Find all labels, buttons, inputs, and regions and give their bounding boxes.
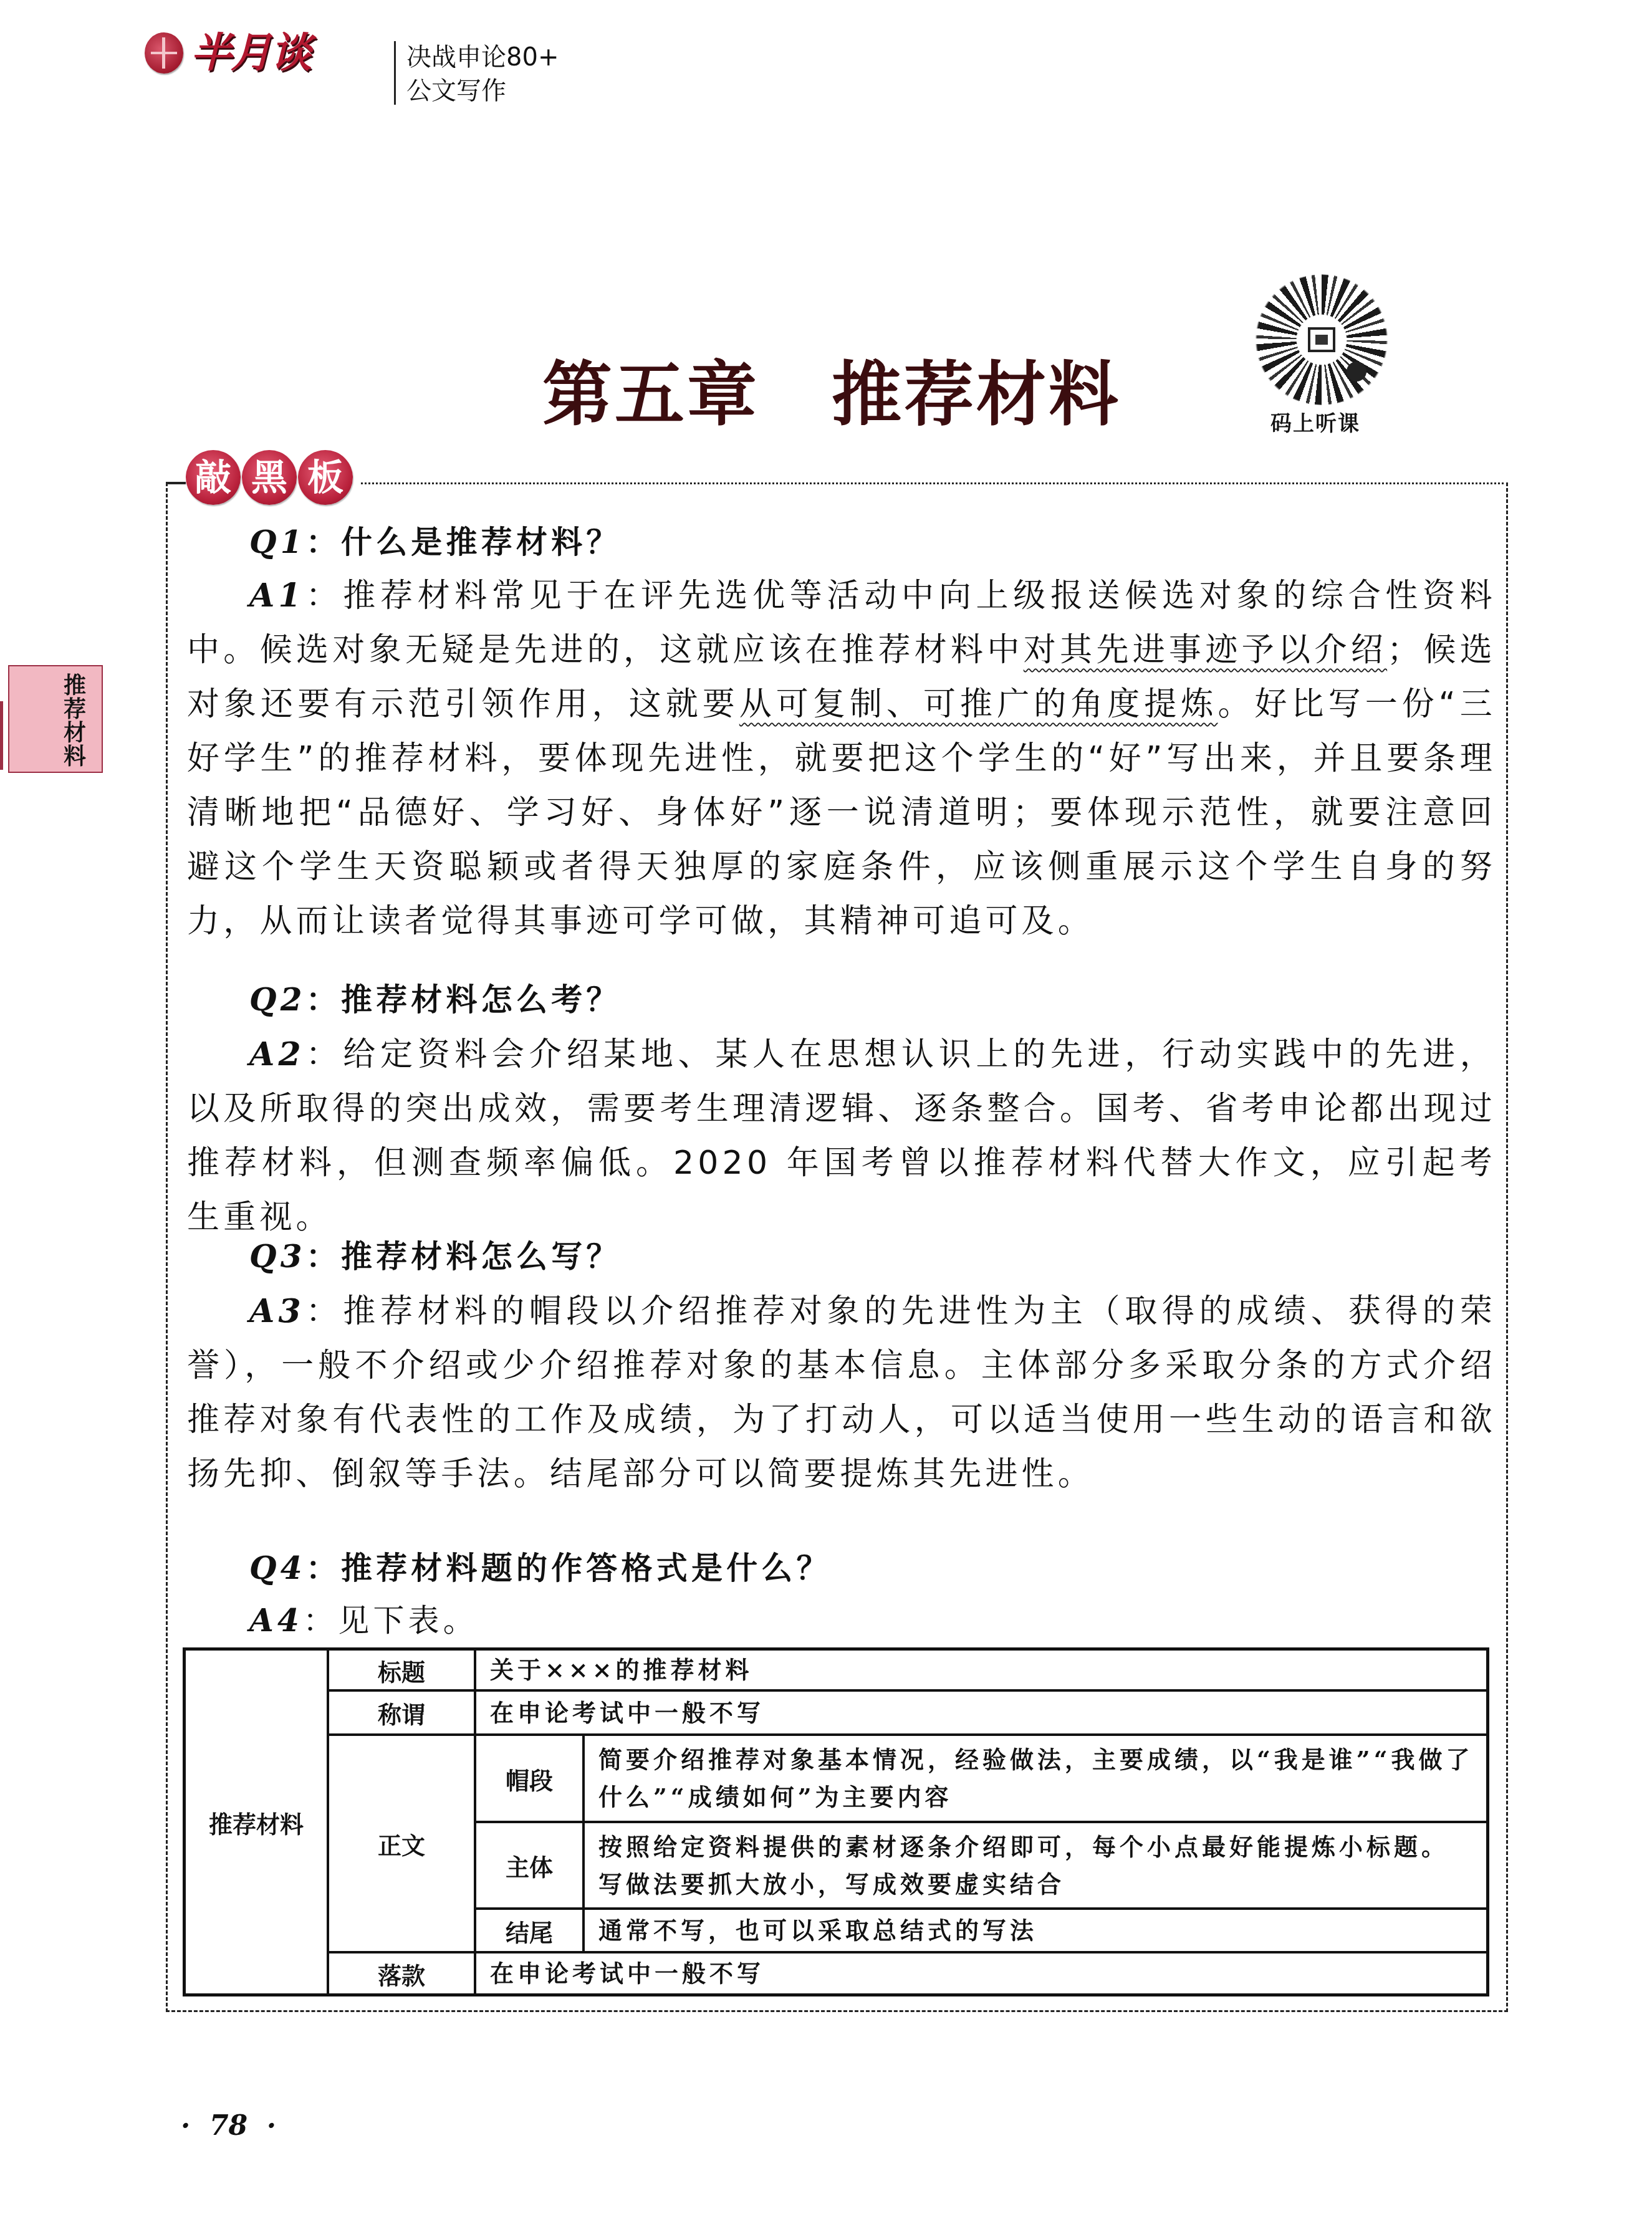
cell-text: 简要介绍推荐对象基本情况，经验做法，主要成绩，以“我是谁”“我做了什么”“成绩如… <box>598 1741 1474 1816</box>
box-corner-tick <box>166 482 186 484</box>
table-root-label: 推荐材料 <box>209 1805 304 1839</box>
answer-text: 推荐材料的帽段以介绍推荐对象的先进性为主（取得的成绩、获得的荣誉），一般不介绍或… <box>187 1293 1496 1493</box>
a-label: A3 <box>249 1292 305 1330</box>
question-1: Q1：什么是推荐材料？ <box>249 515 1558 570</box>
page-number: · 78 · <box>181 2110 276 2142</box>
side-tab-edge <box>0 701 3 770</box>
a-label: A4 <box>249 1602 303 1639</box>
brand-name: 半月谈 <box>191 32 310 74</box>
question-2: Q2：推荐材料怎么考？ <box>249 972 1558 1027</box>
chapter-title: 第五章 推荐材料 <box>542 357 1121 433</box>
header-divider <box>394 41 396 105</box>
answer-2: A2：给定资料会介绍某地、某人在思想认识上的先进，行动实践中的先进，以及所取得的… <box>187 1027 1496 1245</box>
q-sep: ： <box>306 1550 341 1586</box>
question-4: Q4：推荐材料题的作答格式是什么？ <box>249 1541 1558 1596</box>
table-row-signature-content: 在申论考试中一般不写 <box>476 1953 1486 1993</box>
emphasis-underline: 对其先进事迹予以介绍 <box>1024 631 1387 669</box>
question-text: 推荐材料题的作答格式是什么？ <box>341 1550 832 1586</box>
q-label: Q4 <box>249 1550 306 1586</box>
cell-text: 按照给定资料提供的素材逐条介绍即可，每个小点最好能提炼小标题。写做法要抓大放小，… <box>598 1828 1474 1903</box>
table-row-title-label: 标题 <box>329 1651 476 1692</box>
cell-text: 主体 <box>506 1848 553 1882</box>
badge-char: 板 <box>298 450 353 505</box>
qr-brand-badge-icon <box>1347 362 1366 381</box>
cell-text: 在申论考试中一般不写 <box>490 1694 764 1732</box>
section-badge: 敲 黑 板 <box>186 450 353 505</box>
table-row-body-label: 正文 <box>329 1736 476 1953</box>
cell-text: 落款 <box>378 1957 425 1991</box>
a-sep: ： <box>303 1603 338 1639</box>
side-chapter-tab-label: 推荐材料 <box>61 674 89 769</box>
table-row-salutation-label: 称谓 <box>329 1692 476 1736</box>
question-text: 推荐材料怎么考？ <box>341 982 622 1018</box>
answer-4: A4：见下表。 <box>249 1593 1558 1648</box>
table-subrow-main-label: 主体 <box>476 1823 585 1910</box>
a-sep: ： <box>305 577 343 615</box>
table-subrow-opening-content: 简要介绍推荐对象基本情况，经验做法，主要成绩，以“我是谁”“我做了什么”“成绩如… <box>585 1736 1486 1823</box>
table-subrow-ending-content: 通常不写，也可以采取总结式的写法 <box>585 1910 1486 1953</box>
format-table: 推荐材料 标题 关于×××的推荐材料 称谓 在申论考试中一般不写 正文 帽段 简… <box>183 1647 1489 1996</box>
cell-text: 正文 <box>378 1826 425 1861</box>
qr-caption: 码上听课 <box>1270 406 1360 437</box>
qr-center-logo-icon <box>1308 327 1335 352</box>
cell-text: 在申论考试中一般不写 <box>490 1955 764 1992</box>
answer-text: 。好比写一份“三好学生”的推荐材料，要体现先进性，就要把这个学生的“好”写出来，… <box>187 686 1496 940</box>
answer-text: 给定资料会介绍某地、某人在思想认识上的先进，行动实践中的先进，以及所取得的突出成… <box>187 1036 1496 1236</box>
a-label: A2 <box>249 1035 305 1073</box>
cell-text: 关于×××的推荐材料 <box>490 1651 753 1689</box>
table-subrow-ending-label: 结尾 <box>476 1910 585 1953</box>
table-root-cell: 推荐材料 <box>186 1651 329 1993</box>
q-sep: ： <box>306 982 341 1018</box>
table-subrow-opening-label: 帽段 <box>476 1736 585 1823</box>
side-chapter-tab <box>8 665 103 773</box>
badge-char: 敲 <box>186 450 241 505</box>
answer-text: 见下表。 <box>338 1603 478 1639</box>
book-series-title: 决战申论80+ <box>406 45 559 70</box>
badge-char: 黑 <box>242 450 297 505</box>
cell-text: 称谓 <box>378 1695 425 1730</box>
brand-logo: 半月谈 <box>145 31 375 75</box>
emphasis-underline: 从可复制、可推广的角度提炼 <box>739 686 1218 723</box>
cell-text: 结尾 <box>506 1914 553 1948</box>
globe-logo-icon <box>145 32 183 74</box>
table-row-title-content: 关于×××的推荐材料 <box>476 1651 1486 1692</box>
answer-3: A3：推荐材料的帽段以介绍推荐对象的先进性为主（取得的成绩、获得的荣誉），一般不… <box>187 1284 1496 1502</box>
table-row-salutation-content: 在申论考试中一般不写 <box>476 1692 1486 1736</box>
table-row-signature-label: 落款 <box>329 1953 476 1993</box>
cell-text: 通常不写，也可以采取总结式的写法 <box>598 1912 1037 1949</box>
answer-1: A1：推荐材料常见于在评先选优等活动中向上级报送候选对象的综合性资料中。候选对象… <box>187 568 1496 949</box>
cell-text: 标题 <box>378 1653 425 1687</box>
question-text: 推荐材料怎么写？ <box>341 1239 622 1275</box>
q-label: Q3 <box>249 1238 306 1275</box>
a-sep: ： <box>305 1293 343 1330</box>
book-subtitle: 公文写作 <box>406 79 506 103</box>
table-subrow-main-content: 按照给定资料提供的素材逐条介绍即可，每个小点最好能提炼小标题。写做法要抓大放小，… <box>585 1823 1486 1910</box>
q-sep: ： <box>306 1239 341 1275</box>
question-3: Q3：推荐材料怎么写？ <box>249 1229 1558 1284</box>
q-label: Q2 <box>249 981 306 1018</box>
cell-text: 帽段 <box>506 1761 553 1796</box>
question-text: 什么是推荐材料？ <box>341 524 622 560</box>
a-label: A1 <box>249 577 305 615</box>
q-sep: ： <box>306 524 341 560</box>
a-sep: ： <box>305 1036 343 1073</box>
q-label: Q1 <box>249 524 306 560</box>
